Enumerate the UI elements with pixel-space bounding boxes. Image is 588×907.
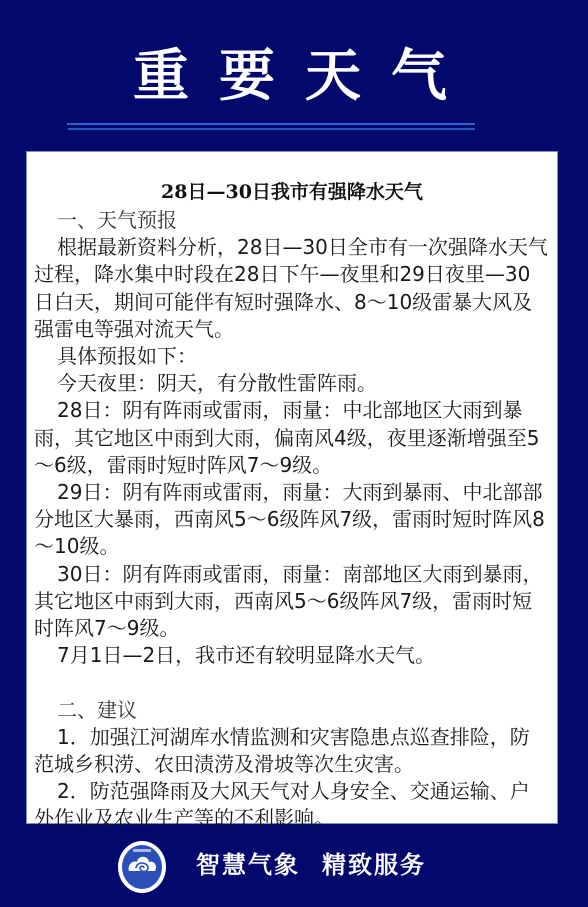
section-heading-advice: 二、建议: [34, 697, 548, 724]
page-title: 重要天气: [0, 42, 588, 112]
document-title: 28日—30日我市有强降水天气: [27, 180, 557, 204]
advice-item-2: 2．防范强降雨及大风天气对人身安全、交通运输、户外作业及农业生产等的不利影响。: [34, 778, 548, 832]
paragraph-day-30: 30日：阴有阵雨或雷雨，雨量：南部地区大雨到暴雨，其它地区中雨到大雨，西南风5～…: [34, 561, 548, 643]
content-panel: 28日—30日我市有强降水天气 一、天气预报 根据最新资料分析，28日—30日全…: [26, 151, 558, 824]
meteorological-bureau-logo-icon: [117, 840, 167, 894]
paragraph-tonight: 今天夜里：阴天，有分散性雷阵雨。: [34, 370, 548, 397]
paragraph-overview: 根据最新资料分析，28日—30日全市有一次强降水天气过程，降水集中时段在28日下…: [34, 234, 548, 343]
title-divider-bottom: [68, 128, 475, 130]
slogan-left: 智慧气象: [196, 851, 300, 879]
section-heading-forecast: 一、天气预报: [34, 207, 548, 234]
blank-line: [34, 669, 548, 696]
slogan-right: 精致服务: [322, 851, 426, 879]
title-divider-top: [67, 123, 475, 125]
document-body: 一、天气预报 根据最新资料分析，28日—30日全市有一次强降水天气过程，降水集中…: [34, 207, 548, 833]
advice-item-1: 1．加强江河湖库水情监测和灾害隐患点巡查排险，防范城乡积涝、农田渍涝及滑坡等次生…: [34, 724, 548, 778]
paragraph-detail-intro: 具体预报如下：: [34, 343, 548, 370]
slogan: 智慧气象精致服务: [196, 850, 426, 880]
paragraph-day-29: 29日：阴有阵雨或雷雨，雨量：大雨到暴雨、中北部部分地区大暴雨，西南风5～6级阵…: [34, 479, 548, 561]
paragraph-july-1-2: 7月1日—2日，我市还有较明显降水天气。: [34, 642, 548, 669]
footer: 智慧气象精致服务: [0, 830, 588, 907]
paragraph-day-28: 28日：阴有阵雨或雷雨，雨量：中北部地区大雨到暴雨，其它地区中雨到大雨，偏南风4…: [34, 397, 548, 479]
